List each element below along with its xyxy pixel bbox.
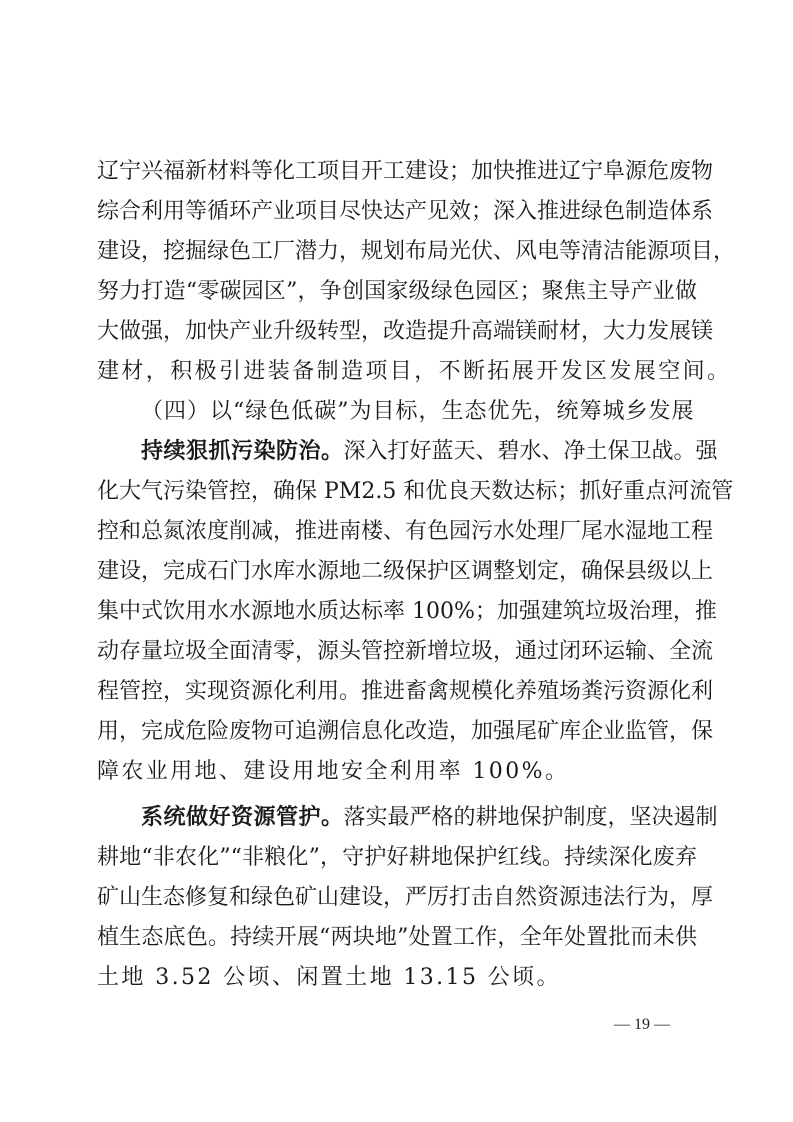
paragraph-text: 深入打好蓝天、碧水、净土保卫战。强 (344, 439, 718, 464)
page-number: — 19 — (614, 1016, 670, 1034)
paragraph-line: 综合利用等循环产业项目尽快达产见效；深入推进绿色制造体系 (97, 195, 697, 229)
paragraph-lead-title: 持续狠抓污染防治。 (141, 439, 344, 464)
paragraph-lead-title: 系统做好资源管护。 (141, 805, 344, 830)
paragraph-line: 建材，积极引进装备制造项目，不断拓展开发区发展空间。 (97, 355, 697, 389)
paragraph-line: 控和总氮浓度削减，推进南楼、有色园污水处理厂尾水湿地工程 (97, 515, 697, 549)
paragraph-line: 大做强，加快产业升级转型，改造提升高端镁耐材，大力发展镁 (97, 315, 697, 349)
paragraph-line: 程管控，实现资源化利用。推进畜禽规模化养殖场粪污资源化利 (97, 675, 697, 709)
paragraph-line: 用，完成危险废物可追溯信息化改造，加强尾矿库企业监管，保 (97, 715, 697, 749)
paragraph-line: 动存量垃圾全面清零，源头管控新增垃圾，通过闭环运输、全流 (97, 635, 697, 669)
paragraph-line: 植生态底色。持续开展“两块地”处置工作，全年处置批而未供 (97, 921, 697, 955)
paragraph-line: 土地 3.52 公顷、闲置土地 13.15 公顷。 (97, 961, 697, 995)
paragraph-line: 障农业用地、建设用地安全利用率 100%。 (97, 755, 697, 789)
paragraph-line: 建设，挖掘绿色工厂潜力，规划布局光伏、风电等清洁能源项目， (97, 235, 697, 269)
section-heading: （四）以“绿色低碳”为目标，生态优先，统筹城乡发展 (141, 395, 697, 429)
paragraph-line: 化大气污染管控，确保 PM2.5 和优良天数达标；抓好重点河流管 (97, 475, 697, 509)
paragraph-first-line: 系统做好资源管护。落实最严格的耕地保护制度，坚决遏制 (141, 801, 697, 835)
paragraph-line: 耕地“非农化”“非粮化”，守护好耕地保护红线。持续深化废弃 (97, 841, 697, 875)
paragraph-line: 辽宁兴福新材料等化工项目开工建设；加快推进辽宁阜源危废物 (97, 155, 697, 189)
paragraph-line: 集中式饮用水水源地水质达标率 100%；加强建筑垃圾治理，推 (97, 595, 697, 629)
paragraph-first-line: 持续狠抓污染防治。深入打好蓝天、碧水、净土保卫战。强 (141, 435, 697, 469)
paragraph-line: 矿山生态修复和绿色矿山建设，严厉打击自然资源违法行为，厚 (97, 881, 697, 915)
paragraph-text: 落实最严格的耕地保护制度，坚决遏制 (344, 805, 718, 830)
paragraph-line: 努力打造“零碳园区”，争创国家级绿色园区；聚焦主导产业做 (97, 275, 697, 309)
document-page: 辽宁兴福新材料等化工项目开工建设；加快推进辽宁阜源危废物 综合利用等循环产业项目… (0, 0, 793, 1122)
paragraph-line: 建设，完成石门水库水源地二级保护区调整划定，确保县级以上 (97, 555, 697, 589)
